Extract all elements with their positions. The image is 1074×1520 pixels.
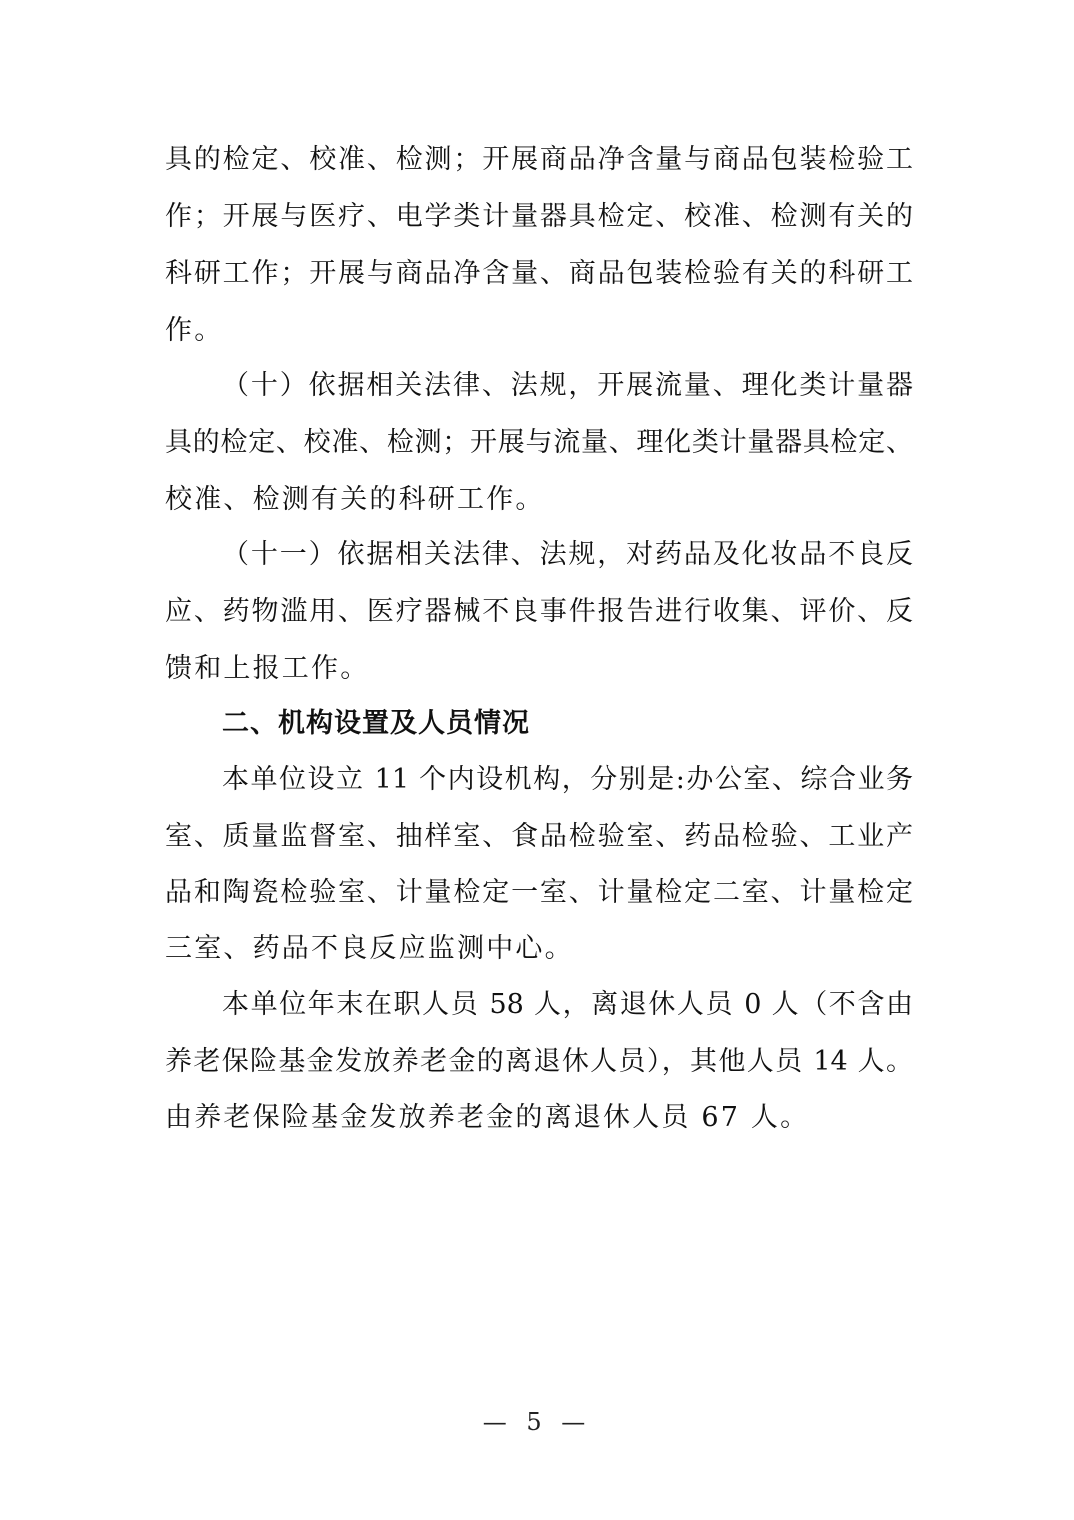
paragraph-line: 三室、药品不良反应监测中心。 [165,929,913,969]
page-number: — 5 — [0,1408,1074,1436]
paragraph-line: 具的检定、校准、检测；开展商品净含量与商品包装检验工 [165,140,913,180]
paragraph-line: 具的检定、校准、检测；开展与流量、理化类计量器具检定、 [165,423,913,463]
paragraph-line: （十）依据相关法律、法规，开展流量、理化类计量器 [222,366,913,406]
paragraph-line: （十一）依据相关法律、法规，对药品及化妆品不良反 [222,535,913,575]
paragraph-line: 校准、检测有关的科研工作。 [165,480,913,520]
paragraph-line: 作。 [165,311,913,351]
section-heading: 二、机构设置及人员情况 [222,704,530,744]
document-page: 具的检定、校准、检测；开展商品净含量与商品包装检验工 作；开展与医疗、电学类计量… [0,0,1074,1520]
paragraph-line: 科研工作；开展与商品净含量、商品包装检验有关的科研工 [165,254,913,294]
paragraph-line: 作；开展与医疗、电学类计量器具检定、校准、检测有关的 [165,197,913,237]
paragraph-line: 应、药物滥用、医疗器械不良事件报告进行收集、评价、反 [165,592,913,632]
paragraph-line: 由养老保险基金发放养老金的离退休人员 67 人。 [165,1098,913,1138]
paragraph-line: 本单位年末在职人员 58 人，离退休人员 0 人（不含由 [222,985,913,1025]
paragraph-line: 养老保险基金发放养老金的离退休人员），其他人员 14 人。 [165,1042,913,1082]
paragraph-line: 馈和上报工作。 [165,649,913,689]
paragraph-line: 本单位设立 11 个内设机构，分别是:办公室、综合业务 [222,760,913,800]
paragraph-line: 品和陶瓷检验室、计量检定一室、计量检定二室、计量检定 [165,873,913,913]
paragraph-line: 室、质量监督室、抽样室、食品检验室、药品检验、工业产 [165,817,913,857]
